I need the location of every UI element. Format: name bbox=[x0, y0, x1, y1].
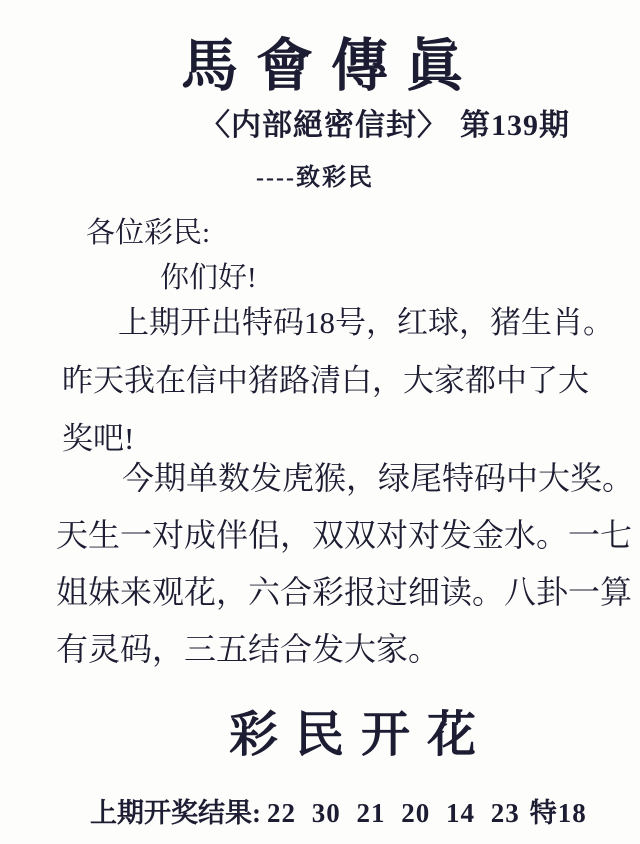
previous-results-line: 上期开奖结果:22 30 21 20 14 23特18 bbox=[90, 791, 587, 830]
paragraph-line: 今期单数发虎猴，绿尾特码中大奖。 bbox=[56, 450, 634, 507]
paragraph-line: 昨天我在信中猪路清白，大家都中了大 bbox=[62, 352, 614, 410]
fax-document-page: 馬會傳眞 〈内部絕密信封〉第139期 ----致彩民 各位彩民: 你们好! 上期… bbox=[0, 0, 640, 844]
slogan-title: 彩民开花 bbox=[229, 696, 493, 766]
masthead-title: 馬會傳眞 bbox=[181, 20, 481, 102]
paragraph-current-tip: 今期单数发虎猴，绿尾特码中大奖。 天生一对成伴侣，双双对对发金水。一七 姐妹来观… bbox=[56, 450, 634, 678]
paragraph-line: 姐妹来观花，六合彩报过细读。八卦一算 bbox=[56, 564, 634, 621]
envelope-label: 〈内部絕密信封〉 bbox=[200, 109, 448, 142]
results-special-number: 特18 bbox=[530, 798, 587, 828]
greeting-line: 你们好! bbox=[160, 255, 257, 296]
dedication-line: ----致彩民 bbox=[256, 157, 374, 192]
paragraph-previous-draw: 上期开出特码18号，红球，猪生肖。 昨天我在信中猪路清白，大家都中了大 奖吧! bbox=[62, 294, 614, 468]
paragraph-line: 天生一对成伴侣，双双对对发金水。一七 bbox=[56, 507, 634, 564]
issue-label: 第139期 bbox=[460, 109, 570, 142]
envelope-subtitle: 〈内部絕密信封〉第139期 bbox=[200, 100, 570, 144]
paragraph-line: 有灵码，三五结合发大家。 bbox=[56, 621, 634, 678]
results-label: 上期开奖结果: bbox=[90, 798, 261, 828]
results-numbers: 22 30 21 20 14 23 bbox=[267, 798, 520, 828]
paragraph-line: 上期开出特码18号，红球，猪生肖。 bbox=[62, 294, 614, 352]
salutation-line: 各位彩民: bbox=[86, 210, 210, 251]
